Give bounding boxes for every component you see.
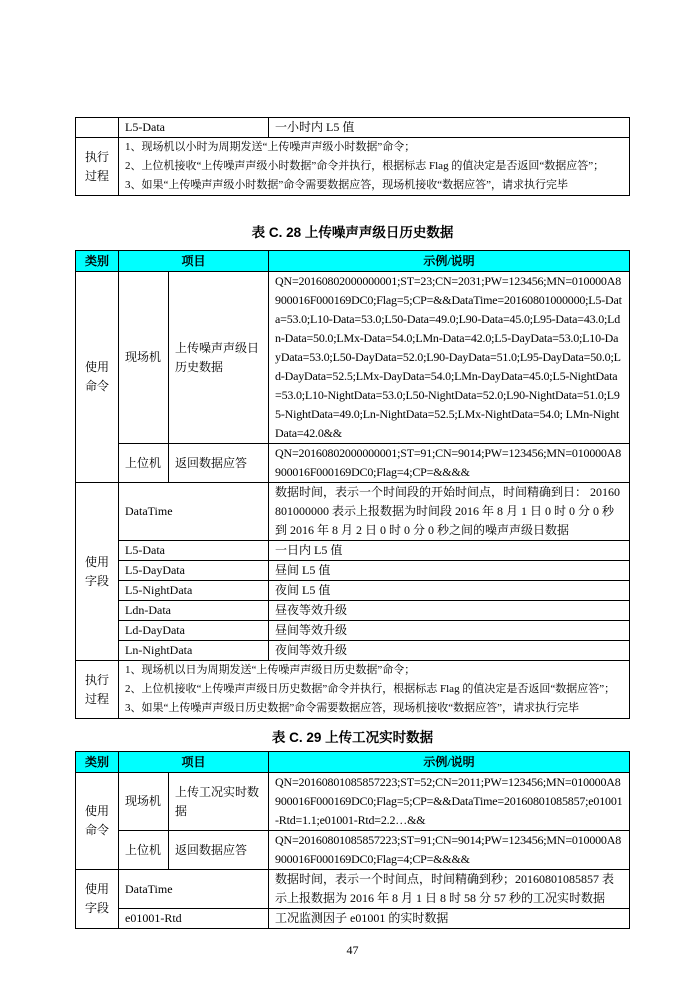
table-c28: 类别 项目 示例/说明 使用 命令 现场机 上传噪声声级日历史数据 QN=201… [75, 250, 630, 719]
command-example: QN=20160801085857223;ST=91;CN=9014;PW=12… [269, 831, 630, 870]
process-step: 3、如果“上传噪声声级日历史数据”命令需要数据应答，现场机接收“数据应答”，请求… [125, 699, 623, 718]
header-category: 类别 [76, 251, 119, 272]
field-name: Ld-DayData [119, 621, 269, 641]
field-desc: 昼夜等效升级 [269, 601, 630, 621]
field-desc: 昼间 L5 值 [269, 561, 630, 581]
process-step: 2、上位机接收“上传噪声声级小时数据”命令并执行，根据标志 Flag 的值决定是… [125, 157, 623, 176]
field-desc: 夜间 L5 值 [269, 581, 630, 601]
device-role: 现场机 [119, 773, 169, 831]
command-item: 返回数据应答 [169, 831, 269, 870]
page-number: 47 [75, 943, 630, 958]
table-row: 上位机 返回数据应答 QN=20160802000000001;ST=91;CN… [76, 444, 630, 483]
table-row: e01001-Rtd 工况监测因子 e01001 的实时数据 [76, 909, 630, 929]
table-row: 执行 过程 1、现场机以小时为周期发送“上传噪声声级小时数据”命令； 2、上位机… [76, 138, 630, 196]
field-name: L5-Data [119, 541, 269, 561]
command-example: QN=20160801085857223;ST=52;CN=2011;PW=12… [269, 773, 630, 831]
field-section-label: 使用 字段 [76, 483, 119, 661]
device-role: 现场机 [119, 272, 169, 444]
header-example: 示例/说明 [269, 752, 630, 773]
table-header-row: 类别 项目 示例/说明 [76, 752, 630, 773]
table-row: 使用 字段 DataTime 数据时间，表示一个时间段的开始时间点，时间精确到日… [76, 483, 630, 541]
field-section-label: 使用 字段 [76, 870, 119, 929]
command-example: QN=20160802000000001;ST=91;CN=9014;PW=12… [269, 444, 630, 483]
field-name: DataTime [119, 483, 269, 541]
table-row: 执行 过程 1、现场机以日为周期发送“上传噪声声级日历史数据”命令； 2、上位机… [76, 661, 630, 719]
table-row: L5-NightData 夜间 L5 值 [76, 581, 630, 601]
field-desc: 工况监测因子 e01001 的实时数据 [269, 909, 630, 929]
device-role: 上位机 [119, 444, 169, 483]
table-row: Ldn-Data 昼夜等效升级 [76, 601, 630, 621]
table-row: Ld-DayData 昼间等效升级 [76, 621, 630, 641]
table-row: 使用 字段 DataTime 数据时间，表示一个时间点，时间精确到秒；20160… [76, 870, 630, 909]
table-row: L5-DayData 昼间 L5 值 [76, 561, 630, 581]
process-step: 1、现场机以日为周期发送“上传噪声声级日历史数据”命令； [125, 661, 623, 680]
field-desc: 昼间等效升级 [269, 621, 630, 641]
field-desc: 一小时内 L5 值 [269, 118, 630, 138]
field-name: e01001-Rtd [119, 909, 269, 929]
page-content: L5-Data 一小时内 L5 值 执行 过程 1、现场机以小时为周期发送“上传… [75, 117, 630, 958]
table-row: Ln-NightData 夜间等效升级 [76, 641, 630, 661]
table-c27-continuation: L5-Data 一小时内 L5 值 执行 过程 1、现场机以小时为周期发送“上传… [75, 117, 630, 196]
field-desc: 一日内 L5 值 [269, 541, 630, 561]
table-c29: 类别 项目 示例/说明 使用 命令 现场机 上传工况实时数据 QN=201608… [75, 751, 630, 929]
device-role: 上位机 [119, 831, 169, 870]
field-desc: 夜间等效升级 [269, 641, 630, 661]
table-header-row: 类别 项目 示例/说明 [76, 251, 630, 272]
process-label: 执行 过程 [76, 138, 119, 196]
process-step: 3、如果“上传噪声声级小时数据”命令需要数据应答，现场机接收“数据应答”，请求执… [125, 176, 623, 195]
table-row: L5-Data 一日内 L5 值 [76, 541, 630, 561]
process-step: 1、现场机以小时为周期发送“上传噪声声级小时数据”命令； [125, 138, 623, 157]
field-name: L5-NightData [119, 581, 269, 601]
table-row: 使用 命令 现场机 上传噪声声级日历史数据 QN=201608020000000… [76, 272, 630, 444]
command-item: 上传工况实时数据 [169, 773, 269, 831]
header-item: 项目 [119, 752, 269, 773]
command-section-label: 使用 命令 [76, 272, 119, 483]
header-category: 类别 [76, 752, 119, 773]
document-page: L5-Data 一小时内 L5 值 执行 过程 1、现场机以小时为周期发送“上传… [0, 0, 700, 990]
command-item: 上传噪声声级日历史数据 [169, 272, 269, 444]
header-example: 示例/说明 [269, 251, 630, 272]
field-desc: 数据时间，表示一个时间点，时间精确到秒；20160801085857 表示上报数… [269, 870, 630, 909]
field-name: L5-DayData [119, 561, 269, 581]
field-name: Ln-NightData [119, 641, 269, 661]
table-row: L5-Data 一小时内 L5 值 [76, 118, 630, 138]
table-c28-title: 表 C. 28 上传噪声声级日历史数据 [75, 224, 630, 241]
table-row: 使用 命令 现场机 上传工况实时数据 QN=20160801085857223;… [76, 773, 630, 831]
command-section-label: 使用 命令 [76, 773, 119, 870]
process-step: 2、上位机接收“上传噪声声级日历史数据”命令并执行，根据标志 Flag 的值决定… [125, 680, 623, 699]
field-desc: 数据时间，表示一个时间段的开始时间点，时间精确到日： 2016080100000… [269, 483, 630, 541]
field-name: L5-Data [119, 118, 269, 138]
command-example: QN=20160802000000001;ST=23;CN=2031;PW=12… [269, 272, 630, 444]
command-item: 返回数据应答 [169, 444, 269, 483]
field-name: DataTime [119, 870, 269, 909]
table-row: 上位机 返回数据应答 QN=20160801085857223;ST=91;CN… [76, 831, 630, 870]
header-item: 项目 [119, 251, 269, 272]
process-steps-cell: 1、现场机以小时为周期发送“上传噪声声级小时数据”命令； 2、上位机接收“上传噪… [119, 138, 630, 196]
table-c29-title: 表 C. 29 上传工况实时数据 [75, 729, 630, 746]
process-label: 执行 过程 [76, 661, 119, 719]
field-name: Ldn-Data [119, 601, 269, 621]
process-steps-cell: 1、现场机以日为周期发送“上传噪声声级日历史数据”命令； 2、上位机接收“上传噪… [119, 661, 630, 719]
empty-category-cell [76, 118, 119, 138]
